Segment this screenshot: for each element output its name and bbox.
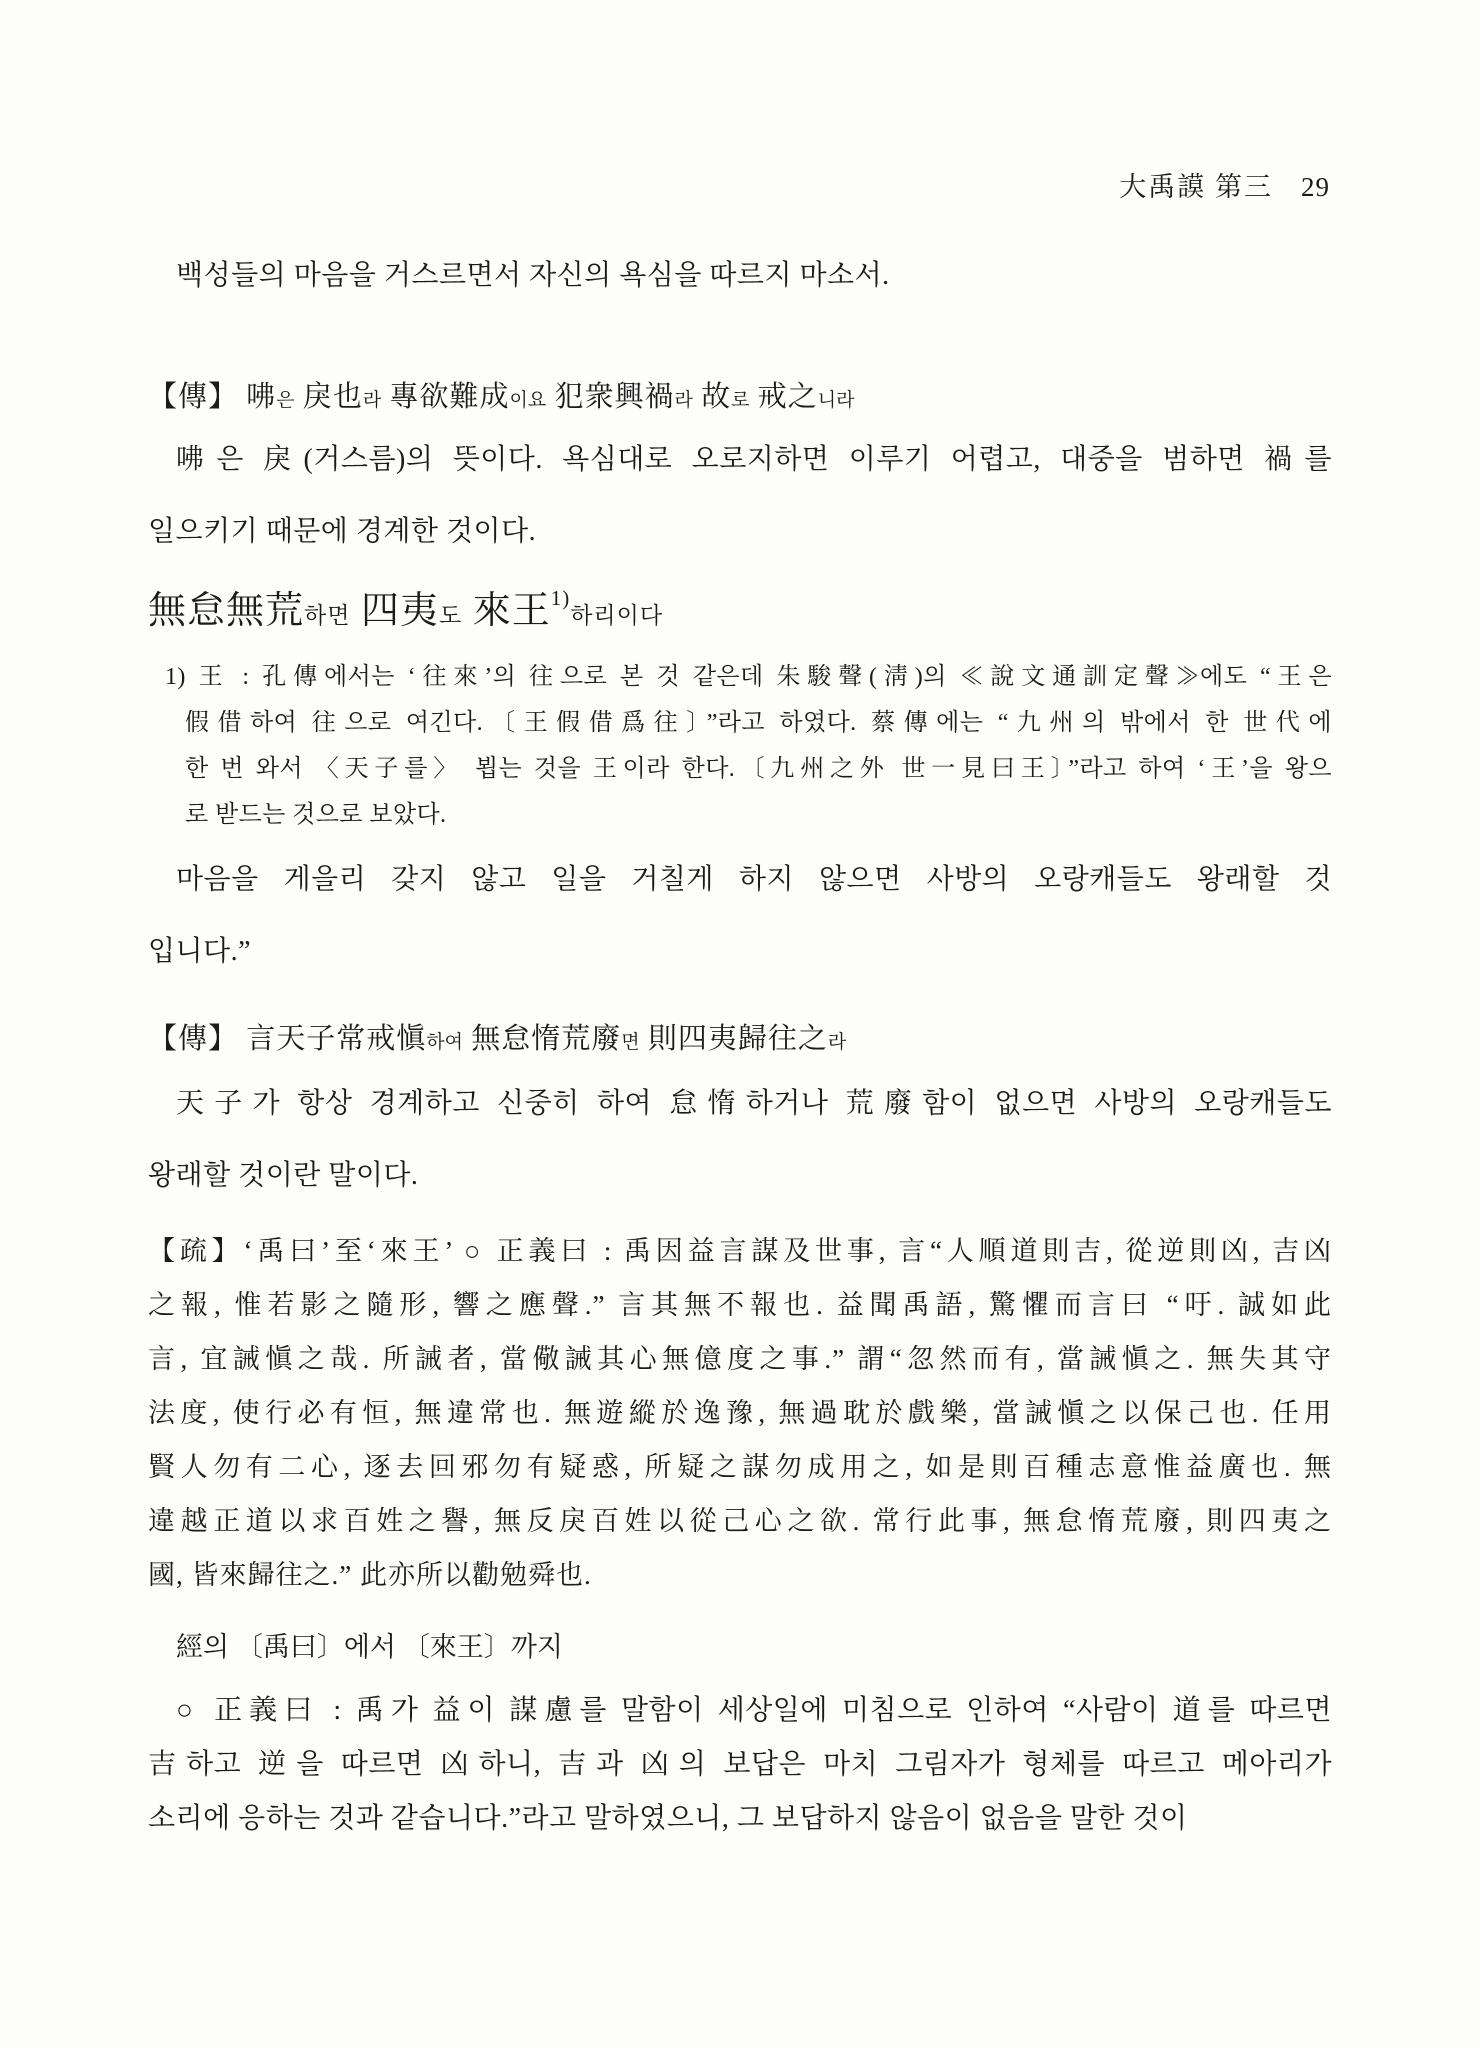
text-segment: 니라	[818, 390, 855, 411]
so-annotation: 【疏】‘禹曰’至‘來王’ ○ 正義曰 : 禹因益言謀及世事, 言“人順道則吉, …	[148, 1224, 1332, 1602]
text-segment: 하여	[426, 1032, 463, 1053]
text-segment: 戒之	[749, 381, 817, 413]
text-line: 經의 〔禹曰〕에서 〔來王〕까지	[148, 1620, 1360, 1674]
text-segment: 賢人勿有二心, 逐去回邪勿有疑惑, 所疑之謀勿成用之, 如是則百種志意惟益廣也.…	[148, 1452, 1332, 1482]
text-line: 일으키기 때문에 경계한 것이다.	[148, 496, 1332, 568]
text-line: 言, 宜誡愼之哉. 所誡者, 當儆誡其心無億度之事.” 謂“忽然而有, 當誡愼之…	[148, 1332, 1332, 1386]
text-segment: 은	[276, 390, 294, 411]
text-segment: 라	[675, 390, 693, 411]
text-line: 假借하여 往으로 여긴다.〔王假借爲往〕”라고 하였다. 蔡傳에는 “九州의 밖…	[148, 700, 1332, 746]
text-segment: 하면	[304, 603, 350, 628]
text-line: 왕래할 것이란 말이다.	[148, 1140, 1332, 1212]
text-segment: 之報, 惟若影之隨形, 響之應聲.” 言其無不報也. 益聞禹語, 驚懼而言曰 “…	[148, 1290, 1332, 1320]
text-segment: 로	[731, 390, 749, 411]
jeon-annotation-1: 【傳】 咈은 戾也라 專欲難成이요 犯衆興禍라 故로 戒之니라	[148, 374, 1332, 420]
text-segment: 無怠無荒	[148, 590, 304, 628]
jeon-translation-2: 天子가 항상 경계하고 신중히 하여 怠惰하거나 荒廢함이 없으면 사방의 오랑…	[148, 1068, 1332, 1212]
text-segment: 도	[439, 603, 462, 628]
text-line: 違越正道以求百姓之譽, 無反戾百姓以從己心之欲. 常行此事, 無怠惰荒廢, 則四…	[148, 1494, 1332, 1548]
text-line: 소리에 응하는 것과 같습니다.”라고 말하였으니, 그 보답하지 않음이 없음…	[148, 1792, 1332, 1846]
footnote-ref: 1)	[551, 586, 571, 610]
text-segment: 이요	[510, 390, 547, 411]
gyeongmun-heading: 無怠無荒하면 四夷도 來王1)하리이다	[148, 568, 1332, 628]
text-segment: 四夷	[350, 590, 439, 628]
text-segment: 마음을 게을리 갖지 않고 일을 거칠게 하지 않으면 사방의 오랑캐들도 왕래…	[176, 864, 1332, 895]
text-segment: 왕래할 것이란 말이다.	[148, 1160, 418, 1191]
text-segment: 天子가 항상 경계하고 신중히 하여 怠惰하거나 荒廢함이 없으면 사방의 오랑…	[176, 1088, 1332, 1119]
text-segment: 來王	[462, 590, 551, 628]
intro-translation: 백성들의 마음을 거스르면서 자신의 욕심을 따르지 마소서.	[148, 240, 1332, 312]
text-line: 【傳】 言天子常戒愼하여 無怠惰荒廢면 則四夷歸往之라	[148, 1016, 1332, 1062]
document-body: 백성들의 마음을 거스르면서 자신의 욕심을 따르지 마소서.【傳】 咈은 戾也…	[148, 240, 1332, 1846]
text-segment: 【傳】 咈	[148, 381, 276, 413]
text-segment: 國, 皆來歸往之.” 此亦所以勸勉舜也.	[148, 1560, 592, 1590]
text-segment: 則四夷歸往之	[640, 1023, 828, 1055]
text-segment: 면	[621, 1032, 639, 1053]
text-segment: ○ 正義曰 : 禹가 益이 謀慮를 말함이 세상일에 미침으로 인하여 “사람이…	[176, 1695, 1332, 1726]
text-segment: 라	[363, 390, 381, 411]
text-segment: 라	[828, 1032, 846, 1053]
text-segment: 로 받드는 것으로 보았다.	[185, 802, 446, 828]
text-line: ○ 正義曰 : 禹가 益이 謀慮를 말함이 세상일에 미침으로 인하여 “사람이…	[148, 1684, 1332, 1738]
text-line: 天子가 항상 경계하고 신중히 하여 怠惰하거나 荒廢함이 없으면 사방의 오랑…	[148, 1068, 1332, 1140]
text-segment: 하리이다	[570, 603, 663, 628]
jeon-annotation-2: 【傳】 言天子常戒愼하여 無怠惰荒廢면 則四夷歸往之라	[148, 1016, 1332, 1062]
text-line: 吉하고 逆을 따르면 凶하니, 吉과 凶의 보답은 마치 그림자가 형체를 따르…	[148, 1738, 1332, 1792]
text-line: 한 번 와서 〈天子를〉 뵙는 것을 王이라 한다.〔九州之外 世一見曰王〕”라…	[148, 746, 1332, 792]
text-line: 【疏】‘禹曰’至‘來王’ ○ 正義曰 : 禹因益言謀及世事, 言“人順道則吉, …	[148, 1224, 1332, 1278]
text-segment: 소리에 응하는 것과 같습니다.”라고 말하였으니, 그 보답하지 않음이 없음…	[148, 1803, 1188, 1834]
text-segment: 言, 宜誡愼之哉. 所誡者, 當儆誡其心無億度之事.” 謂“忽然而有, 當誡愼之…	[148, 1344, 1332, 1374]
text-segment: 經의 〔禹曰〕에서 〔來王〕까지	[176, 1632, 563, 1662]
text-segment: 咈은 戾(거스름)의 뜻이다. 욕심대로 오로지하면 이루기 어렵고, 대중을 …	[176, 444, 1332, 475]
text-line: 無怠無荒하면 四夷도 來王1)하리이다	[148, 568, 1332, 628]
scanned-book-page: 大禹謨 第三29 백성들의 마음을 거스르면서 자신의 욕심을 따르지 마소서.…	[0, 0, 1480, 2048]
text-segment: 專欲難成	[381, 381, 509, 413]
page-number: 29	[1301, 172, 1330, 202]
text-segment: 일으키기 때문에 경계한 것이다.	[148, 516, 536, 547]
text-segment: 1) 王 : 孔傳에서는 ‘往來’의 往으로 본 것 같은데 朱駿聲(淸)의 ≪…	[165, 664, 1332, 690]
jeon-translation-1: 咈은 戾(거스름)의 뜻이다. 욕심대로 오로지하면 이루기 어렵고, 대중을 …	[148, 424, 1332, 568]
text-segment: 違越正道以求百姓之譽, 無反戾百姓以從己心之欲. 常行此事, 無怠惰荒廢, 則四…	[148, 1506, 1332, 1536]
so-translation: ○ 正義曰 : 禹가 益이 謀慮를 말함이 세상일에 미침으로 인하여 “사람이…	[148, 1684, 1332, 1846]
so-subhead: 經의 〔禹曰〕에서 〔來王〕까지	[148, 1620, 1332, 1674]
text-line: 마음을 게을리 갖지 않고 일을 거칠게 하지 않으면 사방의 오랑캐들도 왕래…	[148, 844, 1332, 916]
text-line: 백성들의 마음을 거스르면서 자신의 욕심을 따르지 마소서.	[148, 240, 1360, 312]
gyeong-translation: 마음을 게을리 갖지 않고 일을 거칠게 하지 않으면 사방의 오랑캐들도 왕래…	[148, 844, 1332, 988]
text-segment: 한 번 와서 〈天子를〉 뵙는 것을 王이라 한다.〔九州之外 世一見曰王〕”라…	[185, 756, 1332, 782]
text-segment: 犯衆興禍	[546, 381, 674, 413]
text-line: 國, 皆來歸往之.” 此亦所以勸勉舜也.	[148, 1548, 1332, 1602]
text-segment: 故	[693, 381, 731, 413]
text-line: 咈은 戾(거스름)의 뜻이다. 욕심대로 오로지하면 이루기 어렵고, 대중을 …	[148, 424, 1332, 496]
text-segment: 假借하여 往으로 여긴다.〔王假借爲往〕”라고 하였다. 蔡傳에는 “九州의 밖…	[185, 710, 1332, 736]
page-header: 大禹謨 第三29	[1119, 165, 1330, 204]
text-line: 【傳】 咈은 戾也라 專欲難成이요 犯衆興禍라 故로 戒之니라	[148, 374, 1332, 420]
text-line: 1) 王 : 孔傳에서는 ‘往來’의 往으로 본 것 같은데 朱駿聲(淸)의 ≪…	[148, 654, 1332, 700]
text-line: 賢人勿有二心, 逐去回邪勿有疑惑, 所疑之謀勿成用之, 如是則百種志意惟益廣也.…	[148, 1440, 1332, 1494]
text-segment: 【疏】‘禹曰’至‘來王’ ○ 正義曰 : 禹因益言謀及世事, 言“人順道則吉, …	[148, 1236, 1332, 1266]
text-segment: 【傳】 言天子常戒愼	[148, 1023, 426, 1055]
chapter-title: 大禹謨 第三	[1119, 172, 1273, 202]
text-segment: 백성들의 마음을 거스르면서 자신의 욕심을 따르지 마소서.	[176, 260, 890, 291]
text-line: 입니다.”	[148, 916, 1332, 988]
text-segment: 吉하고 逆을 따르면 凶하니, 吉과 凶의 보답은 마치 그림자가 형체를 따르…	[148, 1749, 1332, 1780]
text-segment: 無怠惰荒廢	[463, 1023, 621, 1055]
text-segment: 입니다.”	[148, 936, 251, 967]
text-line: 之報, 惟若影之隨形, 響之應聲.” 言其無不報也. 益聞禹語, 驚懼而言曰 “…	[148, 1278, 1332, 1332]
text-segment: 戾也	[295, 381, 363, 413]
text-line: 法度, 使行必有恒, 無違常也. 無遊縱於逸豫, 無過耽於戲樂, 當誡愼之以保己…	[148, 1386, 1332, 1440]
text-line: 로 받드는 것으로 보았다.	[148, 792, 1369, 838]
footnote-1: 1) 王 : 孔傳에서는 ‘往來’의 往으로 본 것 같은데 朱駿聲(淸)의 ≪…	[148, 654, 1332, 838]
text-segment: 法度, 使行必有恒, 無違常也. 無遊縱於逸豫, 無過耽於戲樂, 當誡愼之以保己…	[148, 1398, 1332, 1428]
